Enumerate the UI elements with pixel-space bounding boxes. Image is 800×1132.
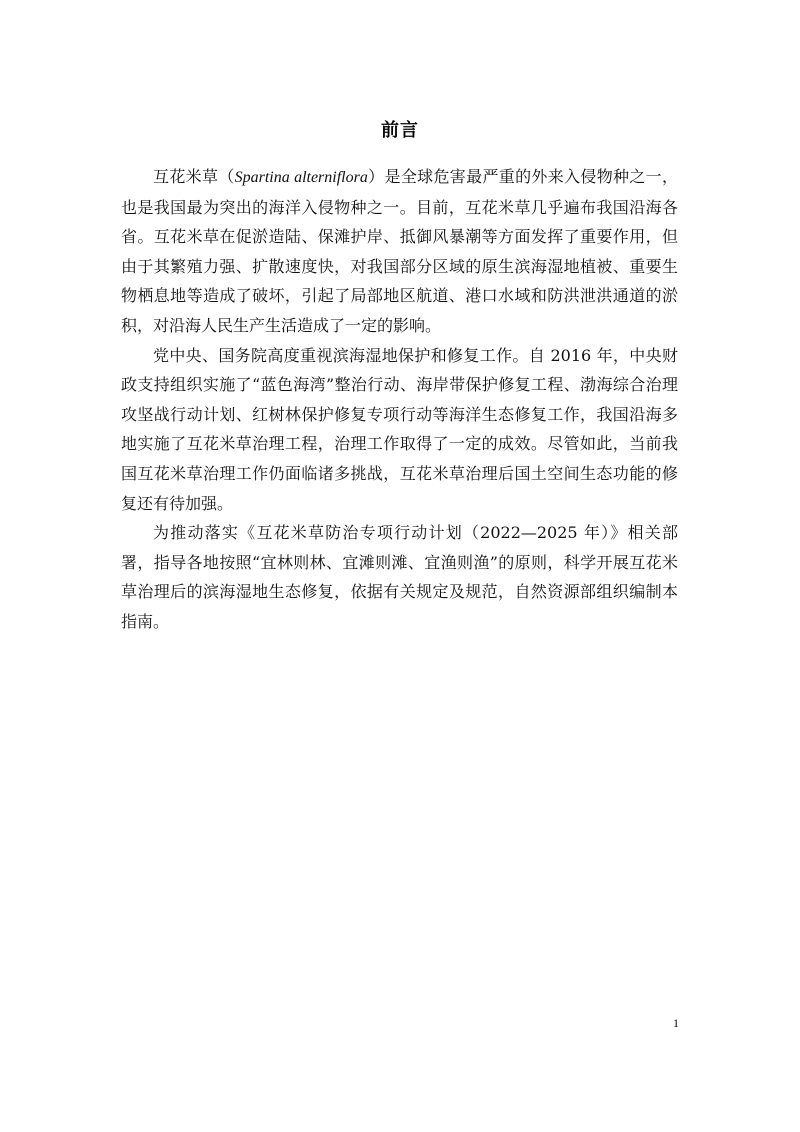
document-body: 互花米草（Spartina alterniflora）是全球危害最严重的外来入侵… [121,162,678,637]
page-title: 前言 [0,116,800,142]
paragraph-3: 为推动落实《互花米草防治专项行动计划（2022—2025 年）》相关部署，指导各… [121,518,678,636]
paragraph-1: 互花米草（Spartina alterniflora）是全球危害最严重的外来入侵… [121,162,678,341]
paragraph-1-rest: ）是全球危害最严重的外来入侵物种之一，也是我国最为突出的海洋入侵物种之一。目前，… [121,167,678,335]
species-name: Spartina alterniflora [235,169,368,186]
paragraph-2: 党中央、国务院高度重视滨海湿地保护和修复工作。自 2016 年，中央财政支持组织… [121,341,678,519]
page-number: 1 [670,1016,682,1031]
paragraph-1-lead: 互花米草（ [153,167,235,186]
document-page: 前言 互花米草（Spartina alterniflora）是全球危害最严重的外… [0,0,800,1132]
